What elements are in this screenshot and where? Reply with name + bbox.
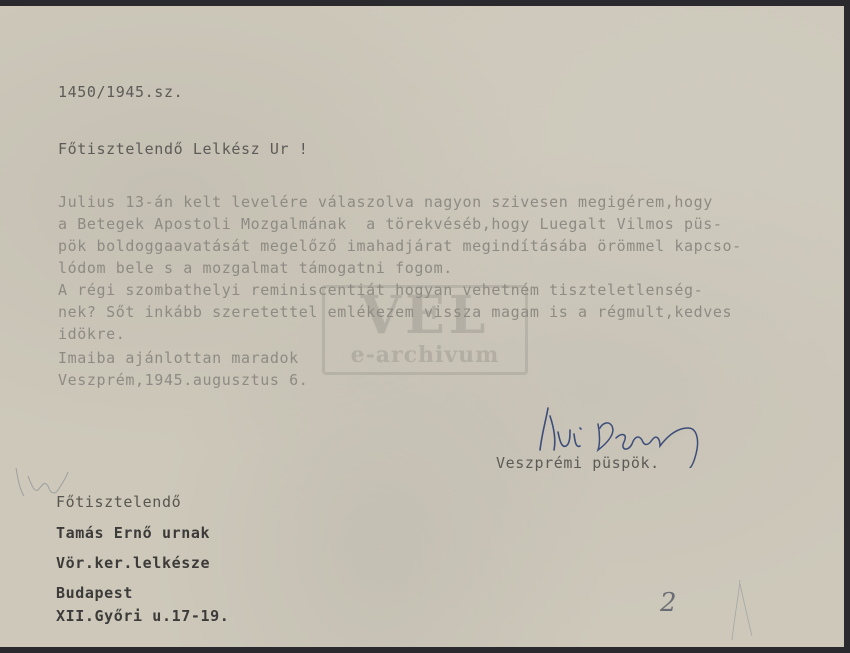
address-line: Budapest bbox=[56, 584, 133, 602]
handwritten-page-number: 2 bbox=[660, 588, 677, 618]
body-line: lódom bele s a mozgalmat támogatni fogom… bbox=[58, 259, 453, 277]
closing-line: Imaiba ajánlottan maradok bbox=[58, 349, 299, 367]
body-line: a Betegek Apostoli Mozgalmának a törekvé… bbox=[58, 215, 723, 233]
document-page: VEL e-archivum 1450/1945.sz. Főtisztelen… bbox=[0, 6, 844, 647]
watermark-text: e-archivum bbox=[325, 344, 525, 366]
place-date-line: Veszprém,1945.augusztus 6. bbox=[58, 371, 308, 389]
address-line: XII.Győri u.17-19. bbox=[56, 607, 229, 625]
address-line: Vör.ker.lelkésze bbox=[56, 554, 210, 572]
reference-number: 1450/1945.sz. bbox=[58, 83, 183, 101]
signature-title: Veszprémi püspök. bbox=[496, 454, 660, 472]
body-line: idökre. bbox=[58, 325, 125, 343]
body-line: A régi szombathelyi reminiscentiát hogya… bbox=[58, 281, 703, 299]
address-line: Főtisztelendő bbox=[56, 493, 181, 511]
salutation: Főtisztelendő Lelkész Ur ! bbox=[58, 140, 308, 158]
body-line: pök boldoggaavatását megelőző imahadjára… bbox=[58, 237, 742, 255]
body-line: nek? Sőt inkább szeretettel emlékezem vi… bbox=[58, 303, 732, 321]
pencil-stroke bbox=[720, 576, 760, 646]
scan-frame: VEL e-archivum 1450/1945.sz. Főtisztelen… bbox=[0, 0, 850, 653]
address-line: Tamás Ernő urnak bbox=[56, 524, 210, 542]
body-line: Julius 13-án kelt levelére válaszolva na… bbox=[58, 193, 713, 211]
